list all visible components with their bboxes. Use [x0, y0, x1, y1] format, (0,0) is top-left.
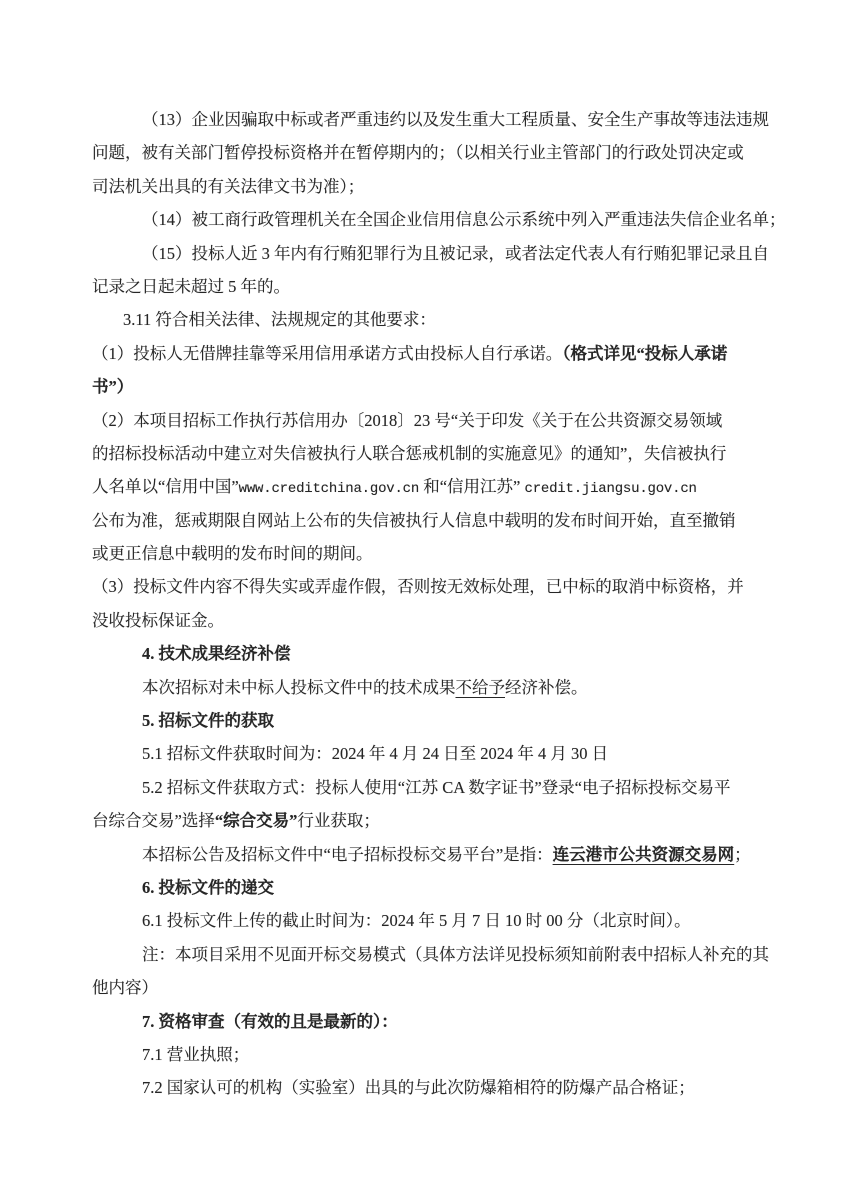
text-line: （3）投标文件内容不得失实或弄虚作假，否则按无效标处理，已中标的取消中标资格，并 — [92, 570, 758, 603]
text-run: “综合交易” — [215, 811, 298, 830]
text-line: 5. 招标文件的获取 — [92, 704, 758, 737]
text-line: 记录之日起未超过 5 年的。 — [92, 270, 758, 303]
text-run: 4. 技术成果经济补偿 — [142, 644, 291, 663]
text-run: 他内容） — [92, 978, 158, 997]
text-run: 经济补偿。 — [505, 678, 588, 697]
text-run: （1）投标人无借牌挂靠等采用信用承诺方式由投标人自行承诺。 — [92, 344, 562, 363]
text-line: 他内容） — [92, 971, 758, 1004]
text-run: 的招标投标活动中建立对失信被执行人联合惩戒机制的实施意见》的通知”，失信被执行 — [92, 444, 726, 463]
text-line: 人名单以“信用中国”www.creditchina.gov.cn 和“信用江苏”… — [92, 470, 758, 503]
text-line: （14）被工商行政管理机关在全国企业信用信息公示系统中列入严重违法失信企业名单； — [92, 203, 758, 236]
text-run: 不给予 — [456, 678, 506, 697]
text-run: 注：本项目采用不见面开标交易模式（具体方法详见投标须知前附表中招标人补充的其 — [142, 945, 769, 964]
text-run: 没收投标保证金。 — [92, 611, 224, 630]
text-line: 问题，被有关部门暂停投标资格并在暂停期内的；（以相关行业主管部门的行政处罚决定或 — [92, 136, 758, 169]
text-line: 的招标投标活动中建立对失信被执行人联合惩戒机制的实施意见》的通知”，失信被执行 — [92, 437, 758, 470]
text-run: www.creditchina.gov.cn — [239, 481, 419, 497]
text-run: （14）被工商行政管理机关在全国企业信用信息公示系统中列入严重违法失信企业名单； — [142, 210, 786, 229]
text-run: 7. 资格审查（有效的且是最新的）： — [142, 1012, 398, 1031]
text-run: 记录之日起未超过 5 年的。 — [92, 277, 290, 296]
text-run: ； — [734, 845, 751, 864]
text-run: 台综合交易”选择 — [92, 811, 215, 830]
text-line: （13）企业因骗取中标或者严重违约以及发生重大工程质量、安全生产事故等违法违规 — [92, 103, 758, 136]
text-line: 公布为准，惩戒期限自网站上公布的失信被执行人信息中载明的发布时间开始，直至撤销 — [92, 504, 758, 537]
text-line: 6.1 投标文件上传的截止时间为：2024 年 5 月 7 日 10 时 00 … — [92, 904, 758, 937]
text-line: 书”） — [92, 370, 758, 403]
text-run: 5. 招标文件的获取 — [142, 711, 274, 730]
text-run: 和“信用江苏” — [419, 477, 524, 496]
text-line: 本次招标对未中标人投标文件中的技术成果不给予经济补偿。 — [92, 671, 758, 704]
text-run: 6. 投标文件的递交 — [142, 878, 274, 897]
text-line: 本招标公告及招标文件中“电子招标投标交易平台”是指：连云港市公共资源交易网； — [92, 838, 758, 871]
text-run: （3）投标文件内容不得失实或弄虚作假，否则按无效标处理，已中标的取消中标资格，并 — [92, 577, 744, 596]
text-run: 7.1 营业执照； — [142, 1045, 249, 1064]
text-run: credit.jiangsu.gov.cn — [525, 481, 697, 497]
text-run: 3.11 符合相关法律、法规规定的其他要求： — [123, 310, 436, 329]
text-run: （2）本项目招标工作执行苏信用办〔2018〕23 号“关于印发《关于在公共资源交… — [92, 411, 722, 430]
text-run: 连云港市公共资源交易网 — [553, 845, 735, 864]
text-line: 5.2 招标文件获取方式：投标人使用“江苏 CA 数字证书”登录“电子招标投标交… — [92, 771, 758, 804]
text-run: 6.1 投标文件上传的截止时间为：2024 年 5 月 7 日 10 时 00 … — [142, 911, 691, 930]
text-line: （2）本项目招标工作执行苏信用办〔2018〕23 号“关于印发《关于在公共资源交… — [92, 404, 758, 437]
text-line: 7. 资格审查（有效的且是最新的）： — [92, 1005, 758, 1038]
text-line: 7.2 国家认可的机构（实验室）出具的与此次防爆箱相符的防爆产品合格证； — [92, 1071, 758, 1104]
document-body: （13）企业因骗取中标或者严重违约以及发生重大工程质量、安全生产事故等违法违规问… — [92, 103, 758, 1105]
text-line: 7.1 营业执照； — [92, 1038, 758, 1071]
text-run: 司法机关出具的有关法律文书为准）； — [92, 177, 364, 196]
text-run: 人名单以“信用中国” — [92, 477, 239, 496]
text-run: 5.1 招标文件获取时间为：2024 年 4 月 24 日至 2024 年 4 … — [142, 744, 608, 763]
text-run: 5.2 招标文件获取方式：投标人使用“江苏 CA 数字证书”登录“电子招标投标交… — [142, 778, 730, 797]
text-line: （15）投标人近 3 年内有行贿犯罪行为且被记录，或者法定代表人有行贿犯罪记录且… — [92, 237, 758, 270]
text-run: 7.2 国家认可的机构（实验室）出具的与此次防爆箱相符的防爆产品合格证； — [142, 1078, 695, 1097]
text-run: （15）投标人近 3 年内有行贿犯罪行为且被记录，或者法定代表人有行贿犯罪记录且… — [142, 244, 769, 263]
text-run: 书”） — [92, 377, 133, 396]
text-run: 或更正信息中载明的发布时间的期间。 — [92, 544, 373, 563]
text-line: 5.1 招标文件获取时间为：2024 年 4 月 24 日至 2024 年 4 … — [92, 737, 758, 770]
text-run: （格式详见“投标人承诺 — [562, 344, 727, 363]
text-line: 3.11 符合相关法律、法规规定的其他要求： — [92, 303, 758, 336]
text-run: 行业获取； — [297, 811, 380, 830]
text-line: 司法机关出具的有关法律文书为准）； — [92, 170, 758, 203]
text-line: 注：本项目采用不见面开标交易模式（具体方法详见投标须知前附表中招标人补充的其 — [92, 938, 758, 971]
text-run: 本招标公告及招标文件中“电子招标投标交易平台”是指： — [142, 845, 553, 864]
text-line: 没收投标保证金。 — [92, 604, 758, 637]
document-page: （13）企业因骗取中标或者严重违约以及发生重大工程质量、安全生产事故等违法违规问… — [0, 0, 849, 1200]
text-line: 或更正信息中载明的发布时间的期间。 — [92, 537, 758, 570]
text-run: 公布为准，惩戒期限自网站上公布的失信被执行人信息中载明的发布时间开始，直至撤销 — [92, 511, 736, 530]
text-line: 6. 投标文件的递交 — [92, 871, 758, 904]
text-run: 本次招标对未中标人投标文件中的技术成果 — [142, 678, 456, 697]
text-run: （13）企业因骗取中标或者严重违约以及发生重大工程质量、安全生产事故等违法违规 — [142, 110, 769, 129]
text-line: （1）投标人无借牌挂靠等采用信用承诺方式由投标人自行承诺。（格式详见“投标人承诺 — [92, 337, 758, 370]
text-run: 问题，被有关部门暂停投标资格并在暂停期内的；（以相关行业主管部门的行政处罚决定或 — [92, 143, 744, 162]
text-line: 台综合交易”选择“综合交易”行业获取； — [92, 804, 758, 837]
text-line: 4. 技术成果经济补偿 — [92, 637, 758, 670]
